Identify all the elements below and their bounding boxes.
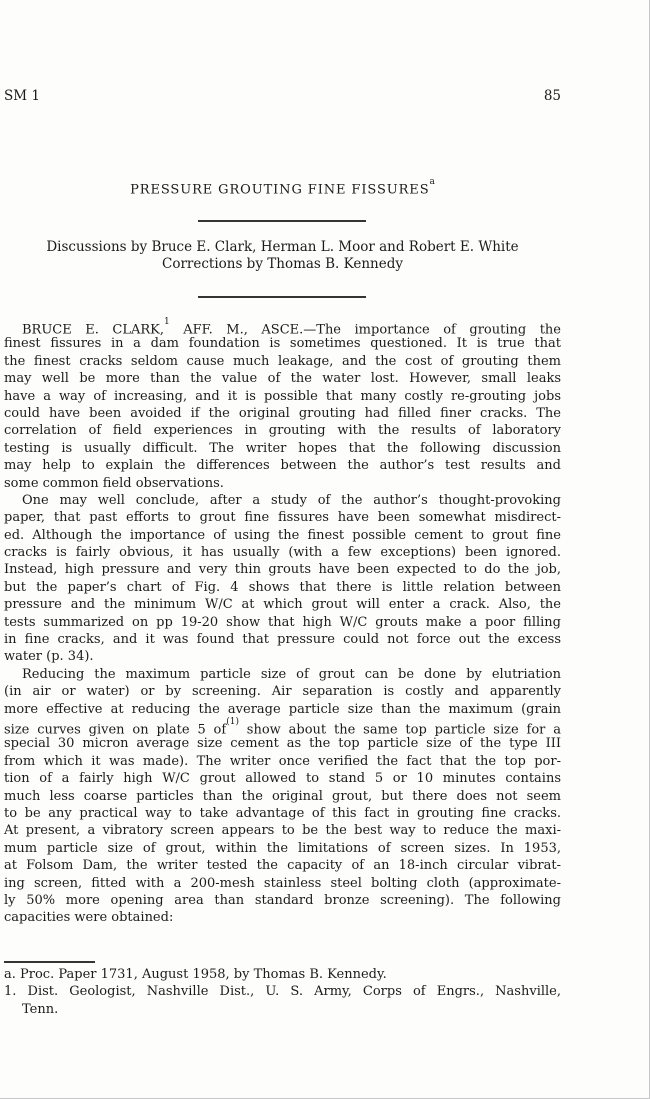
text-segment: may well be more than the value of the w… — [4, 371, 561, 386]
text-line: BRUCE E. CLARK,1 AFF. M., ASCE.—The impo… — [4, 318, 561, 335]
paragraph: BRUCE E. CLARK,1 AFF. M., ASCE.—The impo… — [4, 318, 561, 492]
page-title: PRESSURE GROUTING FINE FISSURESa — [4, 178, 561, 198]
text-line: Reducing the maximum particle size of gr… — [4, 666, 561, 683]
text-segment: at Folsom Dam, the writer tested the cap… — [4, 858, 561, 873]
text-segment: One may well conclude, after a study of … — [22, 493, 561, 508]
text-line: tests summarized on pp 19-20 show that h… — [4, 614, 561, 631]
text-segment: correlation of field experiences in grou… — [4, 423, 561, 438]
footnote-rule — [4, 961, 95, 963]
text-line: paper, that past efforts to grout fine f… — [4, 509, 561, 526]
text-line: capacities were obtained: — [4, 909, 561, 926]
footnote: a. Proc. Paper 1731, August 1958, by Tho… — [4, 966, 561, 983]
text-line: finest fissures in a dam foundation is s… — [4, 335, 561, 352]
divider-rule-bottom — [198, 296, 366, 298]
text-line: ly 50% more opening area than standard b… — [4, 892, 561, 909]
text-line: to be any practical way to take advantag… — [4, 805, 561, 822]
text-segment: have a way of increasing, and it is poss… — [4, 389, 561, 404]
paragraph: One may well conclude, after a study of … — [4, 492, 561, 666]
text-segment: ly 50% more opening area than standard b… — [4, 893, 561, 908]
text-segment: At present, a vibratory screen appears t… — [4, 823, 561, 838]
paragraph: Reducing the maximum particle size of gr… — [4, 666, 561, 927]
text-line: size curves given on plate 5 of(1) show … — [4, 718, 561, 735]
text-segment: but the paper’s chart of Fig. 4 shows th… — [4, 580, 561, 595]
text-line: water (p. 34). — [4, 648, 561, 665]
text-segment: capacities were obtained: — [4, 910, 173, 925]
text-line: pressure and the minimum W/C at which gr… — [4, 596, 561, 613]
text-segment: could have been avoided if the original … — [4, 406, 561, 421]
superscript-reference: (1) — [226, 717, 239, 727]
text-segment: (in air or water) or by screening. Air s… — [4, 684, 561, 699]
text-segment: Instead, high pressure and very thin gro… — [4, 562, 561, 577]
text-line: ed. Although the importance of using the… — [4, 527, 561, 544]
text-line: One may well conclude, after a study of … — [4, 492, 561, 509]
text-segment: testing is usually difficult. The writer… — [4, 441, 561, 456]
text-line: the finest cracks seldom cause much leak… — [4, 353, 561, 370]
text-segment: water (p. 34). — [4, 649, 94, 664]
text-line: a. Proc. Paper 1731, August 1958, by Tho… — [4, 966, 561, 983]
text-segment: pressure and the minimum W/C at which gr… — [4, 597, 561, 612]
text-segment: some common field observations. — [4, 476, 224, 491]
footnotes: a. Proc. Paper 1731, August 1958, by Tho… — [4, 966, 561, 1018]
text-segment: to be any practical way to take advantag… — [4, 806, 561, 821]
text-segment: more effective at reducing the average p… — [4, 702, 561, 717]
text-line: much less coarse particles than the orig… — [4, 788, 561, 805]
text-segment: cracks is fairly obvious, it has usually… — [4, 545, 561, 560]
title-footnote-marker: a — [430, 177, 435, 187]
journal-issue-code: SM 1 — [4, 88, 40, 105]
text-segment: tion of a fairly high W/C grout allowed … — [4, 771, 561, 786]
text-segment: ed. Although the importance of using the… — [4, 528, 561, 543]
text-segment: a. Proc. Paper 1731, August 1958, by Tho… — [4, 967, 387, 982]
scanned-document-page: SM 1 85 PRESSURE GROUTING FINE FISSURESa… — [0, 0, 650, 1099]
text-segment: Reducing the maximum particle size of gr… — [22, 667, 561, 682]
text-line: more effective at reducing the average p… — [4, 701, 561, 718]
superscript-reference: 1 — [164, 317, 170, 327]
text-segment: 1. Dist. Geologist, Nashville Dist., U. … — [4, 984, 561, 999]
title-text: PRESSURE GROUTING FINE FISSURES — [130, 182, 429, 197]
text-segment: in fine cracks, and it was found that pr… — [4, 632, 561, 647]
text-segment: finest fissures in a dam foundation is s… — [4, 336, 561, 351]
text-line: (in air or water) or by screening. Air s… — [4, 683, 561, 700]
text-segment: tests summarized on pp 19-20 show that h… — [4, 615, 561, 630]
text-line: in fine cracks, and it was found that pr… — [4, 631, 561, 648]
divider-rule-top — [198, 220, 366, 222]
text-line: at Folsom Dam, the writer tested the cap… — [4, 857, 561, 874]
text-line: some common field observations. — [4, 475, 561, 492]
article-body: BRUCE E. CLARK,1 AFF. M., ASCE.—The impo… — [4, 318, 561, 927]
page-number: 85 — [544, 88, 561, 105]
text-line: cracks is fairly obvious, it has usually… — [4, 544, 561, 561]
text-segment: from which it was made). The writer once… — [4, 754, 561, 769]
text-line: At present, a vibratory screen appears t… — [4, 822, 561, 839]
text-line: 1. Dist. Geologist, Nashville Dist., U. … — [4, 983, 561, 1000]
byline: Discussions by Bruce E. Clark, Herman L.… — [4, 239, 561, 274]
text-segment: special 30 micron average size cement as… — [4, 736, 561, 751]
text-segment: the finest cracks seldom cause much leak… — [4, 354, 561, 369]
text-line: correlation of field experiences in grou… — [4, 422, 561, 439]
text-segment: much less coarse particles than the orig… — [4, 789, 561, 804]
text-line: may help to explain the differences betw… — [4, 457, 561, 474]
text-line: special 30 micron average size cement as… — [4, 735, 561, 752]
text-segment: ing screen, fitted with a 200-mesh stain… — [4, 876, 561, 891]
text-line: could have been avoided if the original … — [4, 405, 561, 422]
text-line: tion of a fairly high W/C grout allowed … — [4, 770, 561, 787]
text-segment: mum particle size of grout, within the l… — [4, 841, 561, 856]
text-segment: Tenn. — [22, 1002, 58, 1017]
text-line: from which it was made). The writer once… — [4, 753, 561, 770]
byline-discussions: Discussions by Bruce E. Clark, Herman L.… — [4, 239, 561, 256]
running-header: SM 1 85 — [4, 88, 561, 105]
text-line: Tenn. — [4, 1001, 561, 1018]
text-segment: may help to explain the differences betw… — [4, 458, 561, 473]
text-line: Instead, high pressure and very thin gro… — [4, 561, 561, 578]
text-line: ing screen, fitted with a 200-mesh stain… — [4, 875, 561, 892]
text-line: but the paper’s chart of Fig. 4 shows th… — [4, 579, 561, 596]
text-segment: paper, that past efforts to grout fine f… — [4, 510, 561, 525]
text-line: have a way of increasing, and it is poss… — [4, 388, 561, 405]
text-line: testing is usually difficult. The writer… — [4, 440, 561, 457]
byline-corrections: Corrections by Thomas B. Kennedy — [4, 256, 561, 273]
text-line: may well be more than the value of the w… — [4, 370, 561, 387]
text-line: mum particle size of grout, within the l… — [4, 840, 561, 857]
footnote: 1. Dist. Geologist, Nashville Dist., U. … — [4, 983, 561, 1018]
